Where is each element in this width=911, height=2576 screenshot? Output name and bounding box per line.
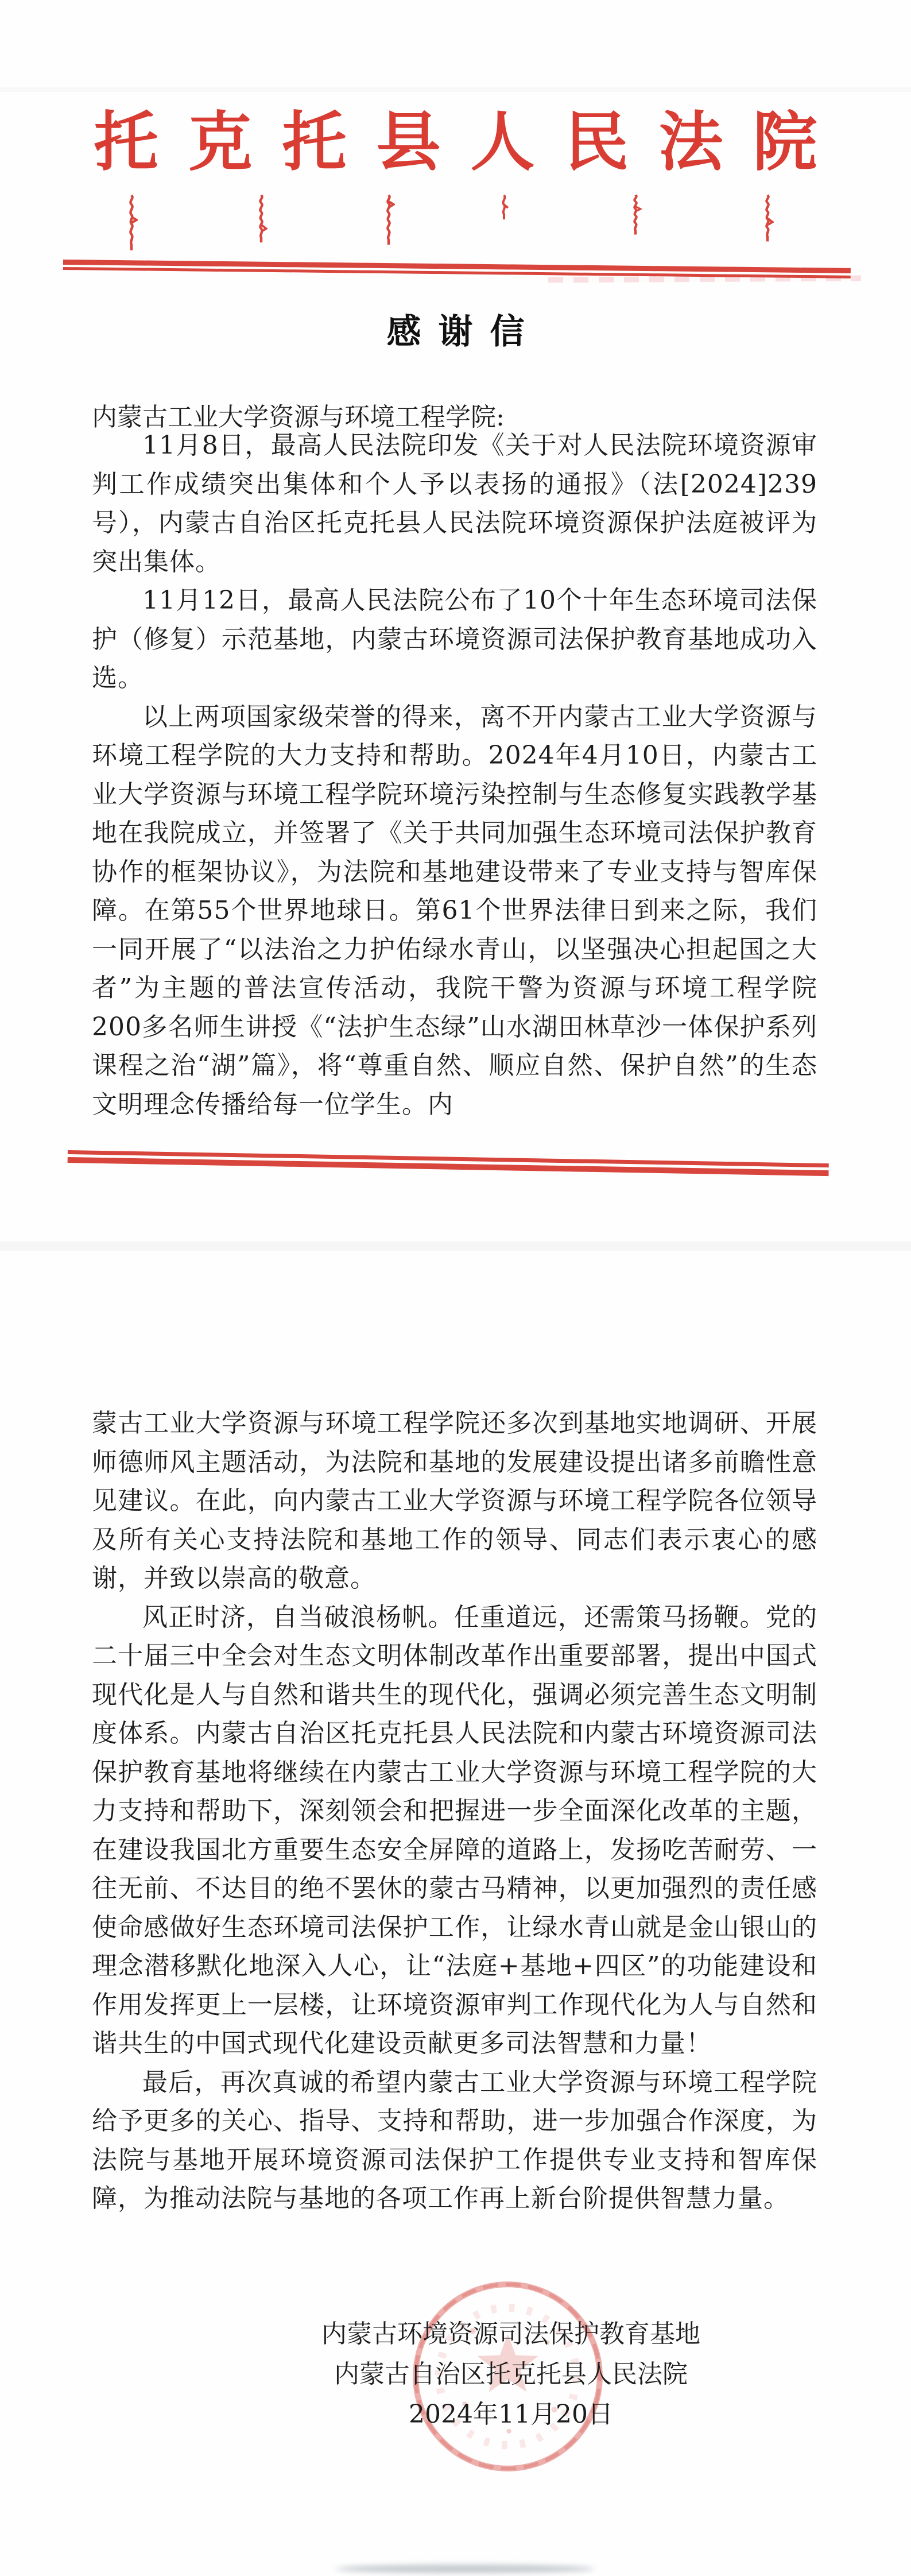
scan-artifact-smudge <box>336 2565 594 2573</box>
paragraph: 最后，再次真诚的希望内蒙古工业大学资源与环境工程学院给予更多的关心、指导、支持和… <box>92 2063 817 2218</box>
signature-date: 2024年11月20日 <box>310 2395 712 2435</box>
signature-block: 内蒙古环境资源司法保护教育基地 内蒙古自治区托克托县人民法院 2024年11月2… <box>310 2314 712 2435</box>
paragraph: 蒙古工业大学资源与环境工程学院还多次到基地实地调研、开展师德师风主题活动，为法院… <box>92 1404 817 1598</box>
mongolian-script-icon <box>255 194 268 243</box>
paragraph: 11月8日，最高人民法院印发《关于对人民法院环境资源审判工作成绩突出集体和个人予… <box>92 426 817 581</box>
page1-footer-double-rule <box>68 1150 829 1176</box>
letter-body-page1: 11月8日，最高人民法院印发《关于对人民法院环境资源审判工作成绩突出集体和个人予… <box>92 426 817 1124</box>
letterhead-mongolian-row <box>0 194 911 263</box>
mongolian-script-icon <box>125 194 138 252</box>
letterhead-org-title: 托克托县人民法院 <box>0 110 911 175</box>
mongolian-script-icon <box>382 194 395 246</box>
signature-org-line2: 内蒙古自治区托克托县人民法院 <box>310 2354 712 2395</box>
scan-artifact-page-seam <box>0 1241 911 1251</box>
paragraph: 11月12日，最高人民法院公布了10个十年生态环境司法保护（修复）示范基地，内蒙… <box>92 581 817 698</box>
letter-body-page2: 蒙古工业大学资源与环境工程学院还多次到基地实地调研、开展师德师风主题活动，为法院… <box>92 1404 817 2218</box>
mongolian-script-icon <box>761 194 774 242</box>
paragraph: 以上两项国家级荣誉的得来，离不开内蒙古工业大学资源与环境工程学院的大力支持和帮助… <box>92 698 817 1124</box>
letter-title: 感谢信 <box>0 304 911 354</box>
mongolian-script-icon <box>629 194 642 235</box>
scanned-letter-page: { "document": { "letterhead": { "org_nam… <box>0 0 911 2576</box>
scan-artifact-band <box>0 87 911 92</box>
signature-org-line1: 内蒙古环境资源司法保护教育基地 <box>310 2314 712 2354</box>
paragraph: 风正时济，自当破浪杨帆。任重道远，还需策马扬鞭。党的二十届三中全会对生态文明体制… <box>92 1598 817 2063</box>
mongolian-script-icon <box>498 194 510 221</box>
